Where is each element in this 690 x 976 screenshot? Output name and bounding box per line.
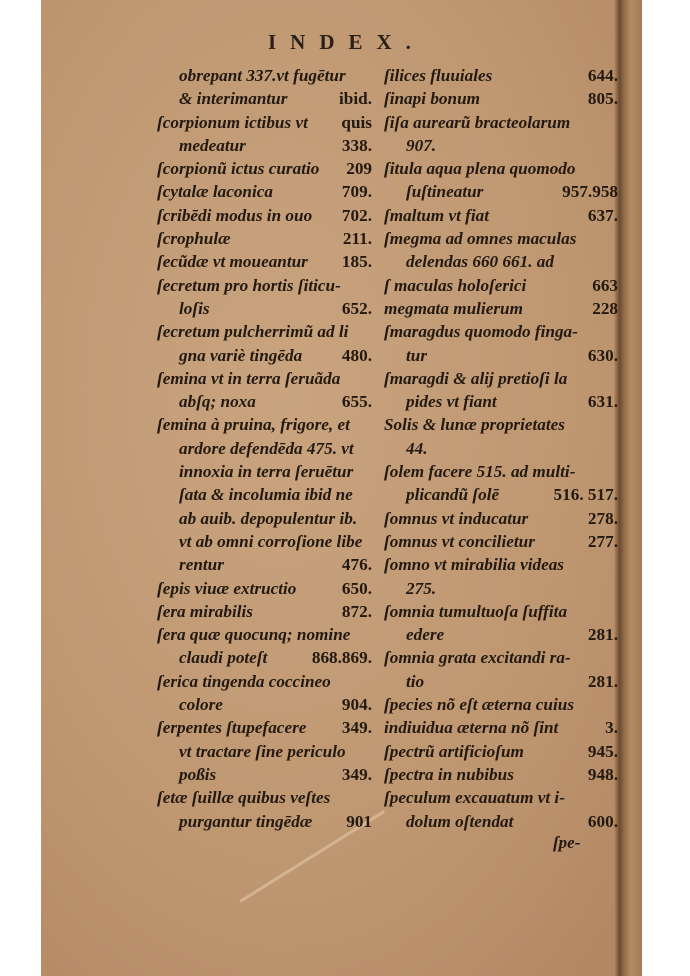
- index-entry-line: edere281.: [384, 623, 618, 646]
- index-entry-line: ſepis viuæ extructio650.: [157, 577, 372, 600]
- entry-page-number: 349.: [342, 763, 372, 786]
- entry-text: ſomnus vt inducatur: [384, 507, 528, 530]
- index-entry-line: 907.: [384, 134, 618, 157]
- entry-text: 907.: [406, 134, 436, 157]
- entry-text: 44.: [406, 437, 427, 460]
- index-entry-line: rentur476.: [157, 553, 372, 576]
- index-entry-line: ardore defendēda 475. vt: [157, 437, 372, 460]
- entry-text: ſemina vt in terra ſeruãda: [157, 367, 340, 390]
- entry-text: ſolem facere 515. ad multi-: [384, 460, 575, 483]
- entry-text: indiuidua æterna nõ ſint: [384, 716, 558, 739]
- page-header-title: INDEX.: [268, 30, 425, 55]
- entry-page-number: ibid.: [339, 87, 372, 110]
- entry-text: ſomnia grata excitandi ra-: [384, 646, 571, 669]
- entry-text: vt tractare ſine periculo: [179, 740, 346, 763]
- entry-page-number: 476.: [342, 553, 372, 576]
- index-entry-line: innoxia in terra ſeruētur: [157, 460, 372, 483]
- index-entry-line: ſcytalæ laconica709.: [157, 180, 372, 203]
- entry-page-number: 185.: [342, 250, 372, 273]
- index-entry-line: ſomnia tumultuoſa ſuffita: [384, 600, 618, 623]
- index-entry-line: ſmaragdi & alij pretioſi la: [384, 367, 618, 390]
- index-entry-line: ſpecies nõ eſt æterna cuius: [384, 693, 618, 716]
- entry-text: ſera quæ quocunq; nomine: [157, 623, 350, 646]
- index-entry-line: purgantur tingēdæ901: [157, 810, 372, 833]
- entry-text: ſpeculum excauatum vt i-: [384, 786, 565, 809]
- entry-text: delendas 660 661. ad: [406, 250, 554, 273]
- index-entry-line: ſomno vt mirabilia videas: [384, 553, 618, 576]
- index-entry-line: colore904.: [157, 693, 372, 716]
- entry-text: dolum oſtendat: [406, 810, 513, 833]
- entry-page-number: 872.: [342, 600, 372, 623]
- index-entry-line: vt ab omni corroſione libe: [157, 530, 372, 553]
- index-entry-line: pides vt fiant631.: [384, 390, 618, 413]
- entry-page-number: 663: [592, 274, 618, 297]
- index-entry-line: ſerpentes ſtupefacere349.: [157, 716, 372, 739]
- index-entry-line: ſata & incolumia ibid ne: [157, 483, 372, 506]
- index-entry-line: Solis & lunæ proprietates: [384, 413, 618, 436]
- entry-page-number: 600.: [588, 810, 618, 833]
- entry-text: claudi poteſt: [179, 646, 267, 669]
- entry-text: 275.: [406, 577, 436, 600]
- entry-text: & interimantur: [179, 87, 287, 110]
- index-entry-line: obrepant 337.vt fugētur: [157, 64, 372, 87]
- entry-text: ſiſa aurearũ bracteolarum: [384, 111, 570, 134]
- index-entry-line: ſcribēdi modus in ouo702.: [157, 204, 372, 227]
- entry-text: ſcrophulæ: [157, 227, 231, 250]
- entry-text: ſcorpionum ictibus vt: [157, 111, 308, 134]
- index-entry-line: ſcorpionum ictibus vtquis: [157, 111, 372, 134]
- entry-text: ſpectra in nubibus: [384, 763, 514, 786]
- index-entry-line: ſemina vt in terra ſeruãda: [157, 367, 372, 390]
- index-entry-line: ſemina à pruina, frigore, et: [157, 413, 372, 436]
- index-entry-line: 275.: [384, 577, 618, 600]
- entry-page-number: 211.: [343, 227, 372, 250]
- entry-text: tur: [406, 344, 427, 367]
- index-entry-line: ſetæ ſuillæ quibus veſtes: [157, 786, 372, 809]
- entry-page-number: 277.: [588, 530, 618, 553]
- entry-page-number: 631.: [588, 390, 618, 413]
- index-entry-line: plicandũ ſolē516. 517.: [384, 483, 618, 506]
- entry-text: Solis & lunæ proprietates: [384, 413, 565, 436]
- index-entry-line: ſpectrũ artificioſum945.: [384, 740, 618, 763]
- index-entry-line: dolum oſtendat600.: [384, 810, 618, 833]
- index-entry-line: ſcorpionũ ictus curatio209: [157, 157, 372, 180]
- entry-page-number: 901: [346, 810, 372, 833]
- index-entry-line: ſ maculas holoſerici663: [384, 274, 618, 297]
- index-entry-line: delendas 660 661. ad: [384, 250, 618, 273]
- entry-text: poßis: [179, 763, 216, 786]
- index-entry-line: claudi poteſt868.869.: [157, 646, 372, 669]
- entry-text: ſmaltum vt fiat: [384, 204, 489, 227]
- entry-text: pides vt fiant: [406, 390, 497, 413]
- entry-text: ſomnia tumultuoſa ſuffita: [384, 600, 567, 623]
- entry-text: ſpecies nõ eſt æterna cuius: [384, 693, 574, 716]
- entry-text: ſitula aqua plena quomodo: [384, 157, 575, 180]
- entry-text: ſcorpionũ ictus curatio: [157, 157, 319, 180]
- entry-text: purgantur tingēdæ: [179, 810, 312, 833]
- index-entry-line: ſomnia grata excitandi ra-: [384, 646, 618, 669]
- entry-text: ſomno vt mirabilia videas: [384, 553, 564, 576]
- index-entry-line: ſera mirabilis872.: [157, 600, 372, 623]
- entry-text: ſecretum pro hortis ſiticu-: [157, 274, 341, 297]
- index-entry-line: ſomnus vt concilietur277.: [384, 530, 618, 553]
- entry-page-number: 338.: [342, 134, 372, 157]
- entry-text: ſetæ ſuillæ quibus veſtes: [157, 786, 330, 809]
- entry-page-number: 945.: [588, 740, 618, 763]
- index-entry-line: indiuidua æterna nõ ſint3.: [384, 716, 618, 739]
- index-entry-line: megmata mulierum228: [384, 297, 618, 320]
- entry-page-number: 630.: [588, 344, 618, 367]
- entry-text: ardore defendēda 475. vt: [179, 437, 354, 460]
- index-entry-line: ſomnus vt inducatur278.: [384, 507, 618, 530]
- entry-text: megmata mulierum: [384, 297, 523, 320]
- entry-text: ſera mirabilis: [157, 600, 253, 623]
- index-column-right: ſilices fluuiales644.ſinapi bonum805.ſiſ…: [384, 64, 618, 833]
- entry-page-number: 702.: [342, 204, 372, 227]
- entry-page-number: quis: [341, 111, 372, 134]
- index-entry-line: ſerica tingenda coccineo: [157, 670, 372, 693]
- entry-page-number: 957.958: [562, 180, 618, 203]
- index-entry-line: ſecretum pro hortis ſiticu-: [157, 274, 372, 297]
- index-entry-line: vt tractare ſine periculo: [157, 740, 372, 763]
- index-entry-line: ſcrophulæ211.: [157, 227, 372, 250]
- entry-text: plicandũ ſolē: [406, 483, 499, 506]
- entry-text: medeatur: [179, 134, 246, 157]
- index-entry-line: ſinapi bonum805.: [384, 87, 618, 110]
- entry-page-number: 948.: [588, 763, 618, 786]
- entry-page-number: 637.: [588, 204, 618, 227]
- entry-page-number: 655.: [342, 390, 372, 413]
- index-entry-line: gna variè tingēda480.: [157, 344, 372, 367]
- entry-text: obrepant 337.vt fugētur: [179, 64, 346, 87]
- entry-text: ſmaragdi & alij pretioſi la: [384, 367, 567, 390]
- entry-text: innoxia in terra ſeruētur: [179, 460, 353, 483]
- index-entry-line: ab auib. depopulentur ib.: [157, 507, 372, 530]
- index-entry-line: ſecũdæ vt moueantur185.: [157, 250, 372, 273]
- index-entry-line: ſmegma ad omnes maculas: [384, 227, 618, 250]
- entry-text: ſcribēdi modus in ouo: [157, 204, 312, 227]
- index-column-left: obrepant 337.vt fugētur& interimanturibi…: [157, 64, 372, 833]
- entry-text: gna variè tingēda: [179, 344, 302, 367]
- entry-text: ſ maculas holoſerici: [384, 274, 526, 297]
- entry-text: ſata & incolumia ibid ne: [179, 483, 353, 506]
- entry-text: ſepis viuæ extructio: [157, 577, 296, 600]
- index-entry-line: ſpectra in nubibus948.: [384, 763, 618, 786]
- index-entry-line: ſecretum pulcherrimũ ad li: [157, 320, 372, 343]
- entry-page-number: 644.: [588, 64, 618, 87]
- entry-page-number: 209: [346, 157, 372, 180]
- catchword: ſpe-: [553, 833, 580, 853]
- entry-text: abſq; noxa: [179, 390, 256, 413]
- entry-text: ſinapi bonum: [384, 87, 480, 110]
- entry-text: colore: [179, 693, 223, 716]
- index-entry-line: 44.: [384, 437, 618, 460]
- index-entry-line: ſiſa aurearũ bracteolarum: [384, 111, 618, 134]
- index-entry-line: ſilices fluuiales644.: [384, 64, 618, 87]
- index-entry-line: poßis349.: [157, 763, 372, 786]
- entry-page-number: 650.: [342, 577, 372, 600]
- entry-page-number: 349.: [342, 716, 372, 739]
- entry-page-number: 652.: [342, 297, 372, 320]
- index-entry-line: medeatur338.: [157, 134, 372, 157]
- index-entry-line: ſuſtineatur957.958: [384, 180, 618, 203]
- index-entry-line: ſitula aqua plena quomodo: [384, 157, 618, 180]
- entry-text: ſerica tingenda coccineo: [157, 670, 331, 693]
- entry-page-number: 278.: [588, 507, 618, 530]
- entry-text: ſcytalæ laconica: [157, 180, 273, 203]
- index-entry-line: ſolem facere 515. ad multi-: [384, 460, 618, 483]
- entry-page-number: 3.: [605, 716, 618, 739]
- entry-page-number: 516. 517.: [554, 483, 618, 506]
- entry-page-number: 805.: [588, 87, 618, 110]
- entry-text: ſmegma ad omnes maculas: [384, 227, 576, 250]
- page-gutter-edge: [614, 0, 642, 976]
- entry-page-number: 904.: [342, 693, 372, 716]
- entry-text: ſilices fluuiales: [384, 64, 492, 87]
- entry-text: edere: [406, 623, 444, 646]
- entry-text: ſecretum pulcherrimũ ad li: [157, 320, 348, 343]
- entry-page-number: 480.: [342, 344, 372, 367]
- entry-text: ſpectrũ artificioſum: [384, 740, 524, 763]
- index-entry-line: ſmaragdus quomodo finga-: [384, 320, 618, 343]
- entry-page-number: 709.: [342, 180, 372, 203]
- index-entry-line: ſpeculum excauatum vt i-: [384, 786, 618, 809]
- entry-page-number: 868.869.: [312, 646, 372, 669]
- entry-text: ab auib. depopulentur ib.: [179, 507, 357, 530]
- index-entry-line: abſq; noxa655.: [157, 390, 372, 413]
- index-entry-line: tur630.: [384, 344, 618, 367]
- entry-text: ſecũdæ vt moueantur: [157, 250, 308, 273]
- entry-page-number: 228: [592, 297, 618, 320]
- entry-text: ſuſtineatur: [406, 180, 483, 203]
- entry-text: tio: [406, 670, 424, 693]
- entry-text: ſemina à pruina, frigore, et: [157, 413, 350, 436]
- entry-text: ſmaragdus quomodo finga-: [384, 320, 578, 343]
- entry-text: ſomnus vt concilietur: [384, 530, 535, 553]
- entry-text: vt ab omni corroſione libe: [179, 530, 362, 553]
- entry-text: rentur: [179, 553, 224, 576]
- index-entry-line: ſera quæ quocunq; nomine: [157, 623, 372, 646]
- index-entry-line: ſmaltum vt fiat637.: [384, 204, 618, 227]
- entry-page-number: 281.: [588, 623, 618, 646]
- index-entry-line: loſis652.: [157, 297, 372, 320]
- entry-text: ſerpentes ſtupefacere: [157, 716, 306, 739]
- entry-text: loſis: [179, 297, 210, 320]
- index-entry-line: tio281.: [384, 670, 618, 693]
- entry-page-number: 281.: [588, 670, 618, 693]
- index-entry-line: & interimanturibid.: [157, 87, 372, 110]
